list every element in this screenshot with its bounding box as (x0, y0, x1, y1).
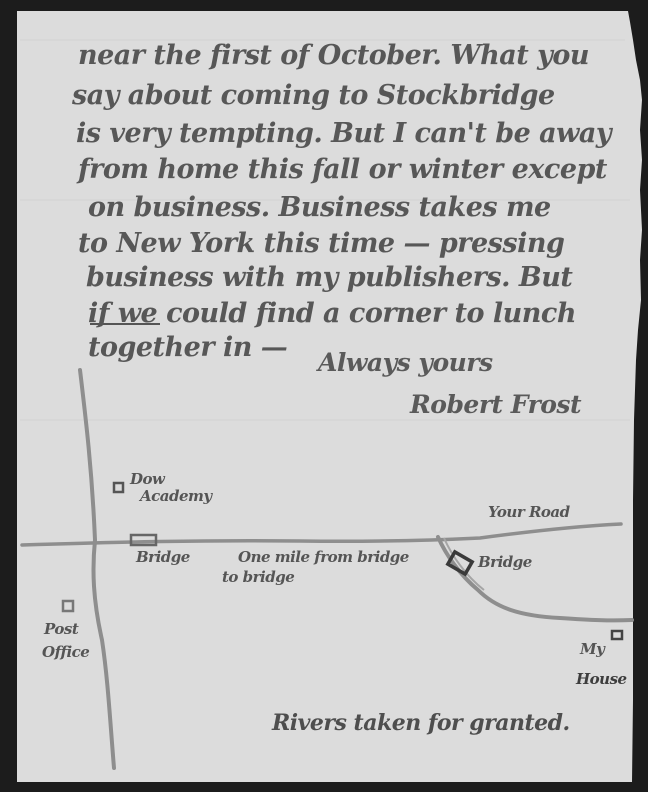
label-post: Post (44, 620, 78, 638)
letter-line-8: if we could find a corner to lunch (88, 298, 576, 329)
map-footnote: Rivers taken for granted. (272, 710, 570, 736)
signature: Robert Frost (410, 390, 581, 419)
label-one-mile: One mile from bridge (238, 548, 409, 566)
letter-line-3: is very tempting. But I can't be away (76, 118, 611, 149)
letter-line-4: from home this fall or winter except (78, 154, 607, 185)
letter-line-1: near the first of October. What you (78, 40, 589, 71)
label-house: House (576, 670, 627, 688)
letter-line-9: together in — (88, 332, 287, 363)
letter-page: near the first of October. What you say … (0, 0, 648, 792)
label-academy: Academy (140, 487, 212, 505)
letter-line-2: say about coming to Stockbridge (72, 80, 555, 111)
letter-line-7: business with my publishers. But (86, 262, 572, 293)
label-bridge-left: Bridge (136, 548, 190, 566)
label-to-bridge: to bridge (222, 568, 294, 586)
letter-line-5: on business. Business takes me (88, 192, 551, 223)
label-dow: Dow (130, 470, 164, 488)
label-office: Office (42, 643, 89, 661)
label-my: My (580, 640, 604, 658)
letter-line-6: to New York this time — pressing (78, 228, 564, 259)
label-your-road: Your Road (488, 503, 570, 521)
label-bridge-right: Bridge (478, 553, 532, 571)
closing: Always yours (318, 348, 493, 377)
